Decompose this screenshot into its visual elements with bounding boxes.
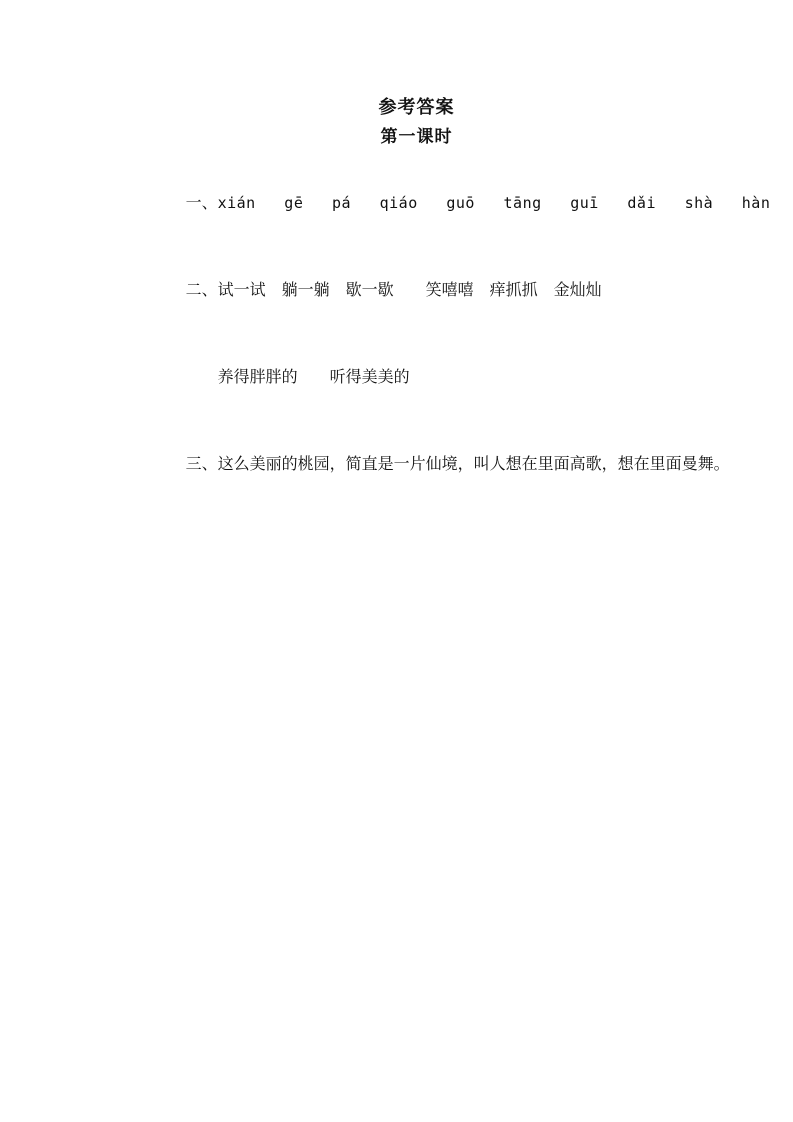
answer-line-one: 一、xián gē pá qiáo guō tāng guī dǎi shà h… xyxy=(150,160,683,247)
answer-line-two-continued: 养得胖胖的 听得美美的 xyxy=(150,334,683,421)
answer-one-number: 一、 xyxy=(186,195,218,212)
answer-two-continued-text: 养得胖胖的 听得美美的 xyxy=(218,369,410,386)
document-page: 参考答案 第一课时 一、xián gē pá qiáo guō tāng guī… xyxy=(0,0,793,1122)
answer-three-text: 这么美丽的桃园，简直是一片仙境，叫人想在里面高歌，想在里面曼舞。 xyxy=(218,456,730,473)
document-title: 参考答案 xyxy=(150,96,683,118)
answer-two-number: 二、 xyxy=(186,282,218,299)
answer-three-number: 三、 xyxy=(186,456,218,473)
answer-list: 一、xián gē pá qiáo guō tāng guī dǎi shà h… xyxy=(150,160,683,508)
lesson-heading: 第一课时 xyxy=(150,126,683,148)
document-content: 参考答案 第一课时 一、xián gē pá qiáo guō tāng guī… xyxy=(150,96,683,508)
answer-line-two: 二、试一试 躺一躺 歇一歇 笑嘻嘻 痒抓抓 金灿灿 xyxy=(150,247,683,334)
answer-one-pinyin-text: xián gē pá qiáo guō tāng guī dǎi shà hàn xyxy=(218,194,771,212)
answer-line-three: 三、这么美丽的桃园，简直是一片仙境，叫人想在里面高歌，想在里面曼舞。 xyxy=(150,421,683,508)
answer-two-text: 试一试 躺一躺 歇一歇 笑嘻嘻 痒抓抓 金灿灿 xyxy=(218,282,602,299)
